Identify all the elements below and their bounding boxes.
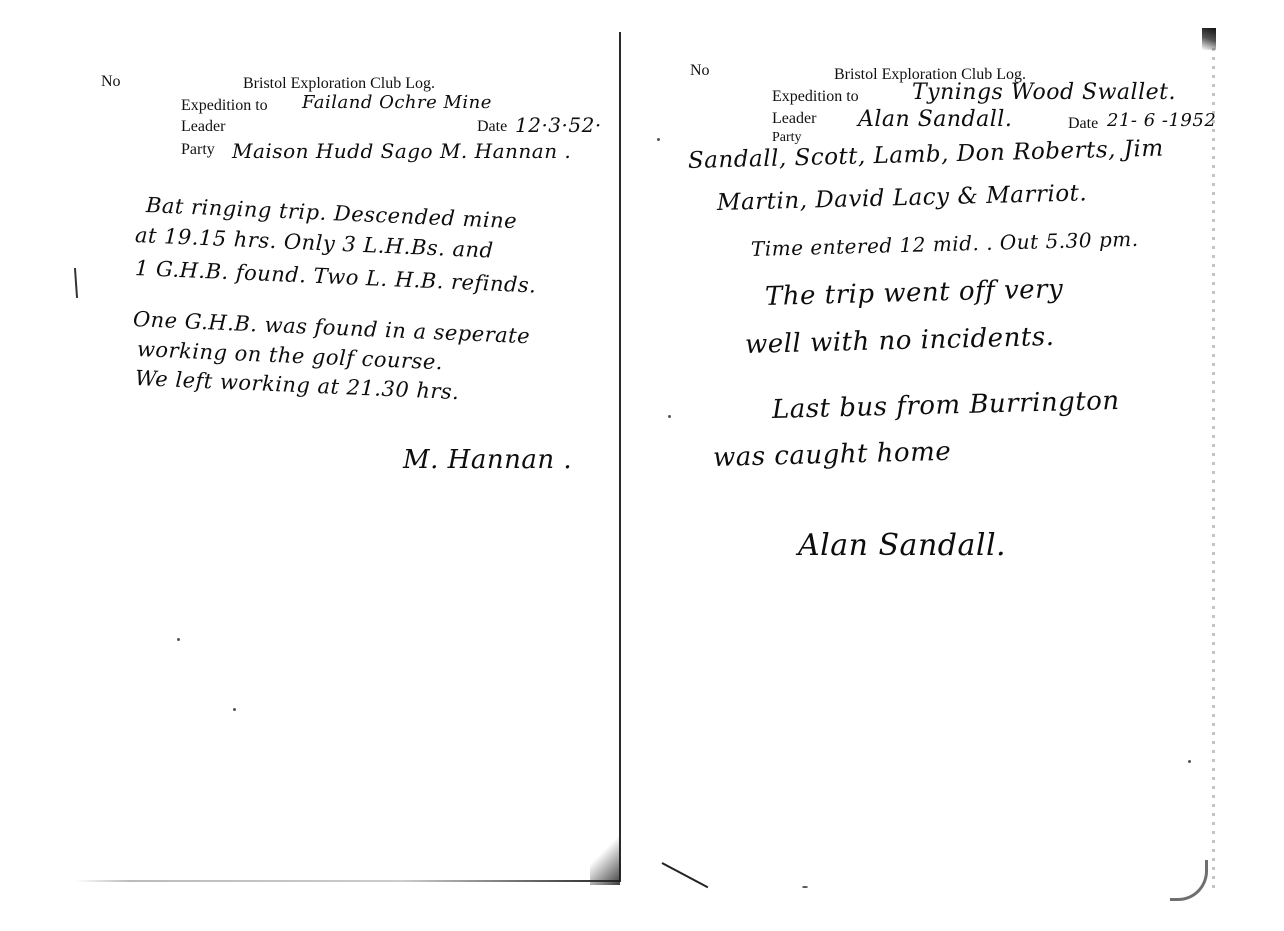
- right-page-edge: [1212, 30, 1215, 890]
- right-date-value: 21- 6 -1952: [1107, 110, 1216, 131]
- left-page-bottom-edge: [75, 880, 620, 882]
- left-no-label: No: [101, 73, 121, 91]
- left-expedition-value: Failand Ochre Mine: [302, 92, 492, 113]
- left-party-value: Maison Hudd Sago M. Hannan .: [232, 139, 571, 163]
- left-leader-label: Leader: [181, 118, 225, 136]
- right-expedition-value: Tynings Wood Swallet.: [912, 80, 1176, 105]
- left-page: No Bristol Exploration Club Log. Expedit…: [0, 0, 620, 931]
- right-leader-value: Alan Sandall.: [858, 107, 1012, 132]
- entry-line: The trip went off very: [765, 274, 1064, 312]
- entry-line: well with no incidents.: [745, 322, 1055, 360]
- left-expedition-label: Expedition to: [181, 97, 268, 115]
- right-date-label: Date: [1068, 115, 1098, 133]
- speck: [802, 886, 808, 888]
- entry-line: 1 G.H.B. found. Two L. H.B. refinds.: [134, 256, 536, 298]
- speck: [177, 638, 180, 641]
- right-leader-label: Leader: [772, 110, 816, 128]
- speck: [668, 415, 671, 418]
- speck: [233, 708, 236, 711]
- speck: [657, 138, 660, 141]
- page-fold-mark: [662, 862, 709, 888]
- left-date-value: 12·3·52·: [515, 113, 602, 137]
- right-no-label: No: [690, 62, 710, 80]
- entry-line: was caught home: [713, 437, 952, 473]
- entry-line: Martin, David Lacy & Marriot.: [717, 180, 1088, 216]
- right-party-label: Party: [772, 130, 802, 146]
- left-party-label: Party: [181, 141, 215, 159]
- gutter-shadow: [590, 830, 620, 885]
- right-expedition-label: Expedition to: [772, 88, 859, 106]
- right-page-top-corner: [1202, 28, 1216, 50]
- left-date-label: Date: [477, 118, 507, 136]
- right-signature: Alan Sandall.: [798, 528, 1006, 563]
- right-page-bottom-corner: [1170, 860, 1208, 901]
- logbook-spread: No Bristol Exploration Club Log. Expedit…: [0, 0, 1284, 931]
- entry-line: Sandall, Scott, Lamb, Don Roberts, Jim: [688, 136, 1164, 174]
- speck: [1188, 760, 1191, 763]
- left-form-title: Bristol Exploration Club Log.: [243, 75, 435, 93]
- entry-line: Last bus from Burrington: [772, 386, 1120, 425]
- entry-line: Time entered 12 mid. . Out 5.30 pm.: [751, 227, 1139, 261]
- left-signature: M. Hannan .: [403, 445, 572, 475]
- margin-mark: [74, 268, 78, 298]
- book-gutter: [619, 32, 621, 882]
